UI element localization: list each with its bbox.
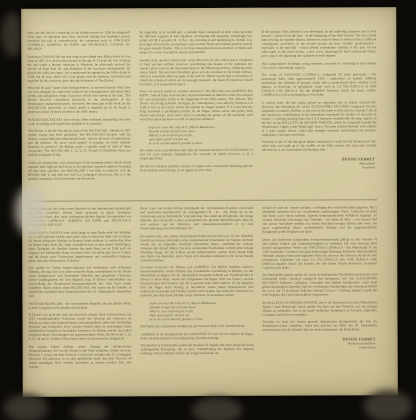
paragraph: Zwischen Francesco da Milano und ALBERTO…	[140, 265, 253, 298]
liner-notes-english: How can the life of a musician in the It…	[27, 29, 377, 184]
paragraph: Die deutlich in 6 Abschnitte unterteilte…	[141, 343, 254, 356]
paragraph: A century later, the lute again played a…	[262, 100, 377, 137]
paragraph: Piccinini ist einer der letzten grossen …	[263, 320, 378, 333]
paragraph: 34, especially in its second part: a mel…	[139, 30, 252, 55]
text-column: wickelt; es wird nie - immer im Bass - z…	[262, 205, 378, 371]
paragraph: The works of VINCENZO CAPIROLA, composed…	[261, 72, 376, 97]
paragraph: wickelt; es wird nie - immer im Bass - z…	[262, 205, 377, 234]
text-column: How can the life of a musician in the It…	[27, 30, 131, 184]
text-column: 34, especially in its second part: a mel…	[139, 30, 253, 184]
paragraph: This composition's technique, using cont…	[261, 61, 376, 70]
paragraph: of the soprano. This element is not deve…	[261, 29, 376, 58]
paragraph: Auffallend ist die Komplexitaet der FANT…	[141, 332, 254, 341]
paragraph: Wie soll man sich das Leben eines Musike…	[28, 206, 131, 227]
author-role: Uebersetzung	[263, 346, 376, 350]
album-back-cover: How can the life of a musician in the It…	[21, 7, 398, 397]
verse-line: Se in va con mi stand in grembo a Clave.	[150, 317, 254, 321]
liner-notes-german: Wie soll man sich das Leben eines Musike…	[28, 205, 378, 372]
paragraph: How can the life of a musician in the It…	[27, 30, 130, 51]
author-role: Translated	[262, 166, 375, 170]
text-column: Diese Linie von kurzen Werten durchlaeuf…	[140, 206, 254, 372]
paragraph: 'The Divine' is not the first one to wri…	[28, 129, 131, 158]
paragraph: His works were not published until after…	[140, 148, 253, 161]
paragraph: Im BALLETTO IN DIVERSE PARTITE, das er a…	[262, 300, 377, 317]
text-column: Wie soll man sich das Leben eines Musike…	[28, 206, 132, 372]
paragraph: Ein Jahrhundert spaeter spielte die Laut…	[262, 273, 377, 298]
verse-quote: Sopra al sonar del Liuto del S. Alberto …	[149, 301, 253, 322]
author-credit: DENISE FERRETMusicologistTranslated	[262, 158, 377, 170]
paragraph: Piccinini is one of the last great Itali…	[262, 140, 377, 153]
paragraph: 'Il Divino' war nicht der erste, der Ric…	[28, 313, 131, 342]
paragraph: What did he play? Apart from foreign the…	[27, 86, 130, 115]
photo-background: How can the life of a musician in the It…	[0, 0, 416, 420]
paragraph: Mit seinem klaren Aufbau, seiner Strenge…	[29, 344, 132, 369]
verse-line: Se in va con mi stand in grembo a Clave.	[149, 141, 253, 145]
section-divider	[28, 199, 377, 202]
paragraph: FANTASY/RECERCARI : these terms, often c…	[28, 117, 131, 125]
author-credit: DENISE FERRETMusikwissenschaftlerinUeber…	[263, 338, 378, 350]
paragraph: There are several points in common betwe…	[140, 89, 253, 122]
text-column: of the soprano. This element is not deve…	[261, 29, 377, 183]
finger-shadow	[72, 401, 108, 420]
paragraph: Another style, another construction: in …	[139, 57, 252, 86]
paragraph: FANTASIE/RICERCARI : die verschiedenen B…	[28, 301, 131, 309]
paragraph: Francesco CANOVA did not stay long in th…	[27, 54, 130, 83]
paragraph: Was spielte er? Neben Improvisationen au…	[28, 266, 131, 299]
verse-quote: Sopra al sonar del Liuto de S. Alberto M…	[149, 125, 253, 146]
paragraph: Clarity of construction, strict observan…	[28, 160, 131, 181]
paragraph: Diese Linie von kurzen Werten durchlaeuf…	[140, 206, 253, 231]
paragraph: Divided in 6 distinct portions, Fantasy …	[140, 164, 253, 173]
paragraph: Die Werke des Lautenisten wurden erst na…	[141, 324, 254, 329]
paragraph: Dieser auf Kontrasten basierenden Kompos…	[262, 237, 377, 270]
finger-shadow	[192, 397, 242, 420]
paragraph: FRANCESCO CANOVA lebte nicht lange in de…	[28, 230, 131, 263]
finger-shadow	[4, 394, 48, 420]
paragraph: Ein anderer Stil, eine andere Konstrukti…	[140, 233, 253, 262]
